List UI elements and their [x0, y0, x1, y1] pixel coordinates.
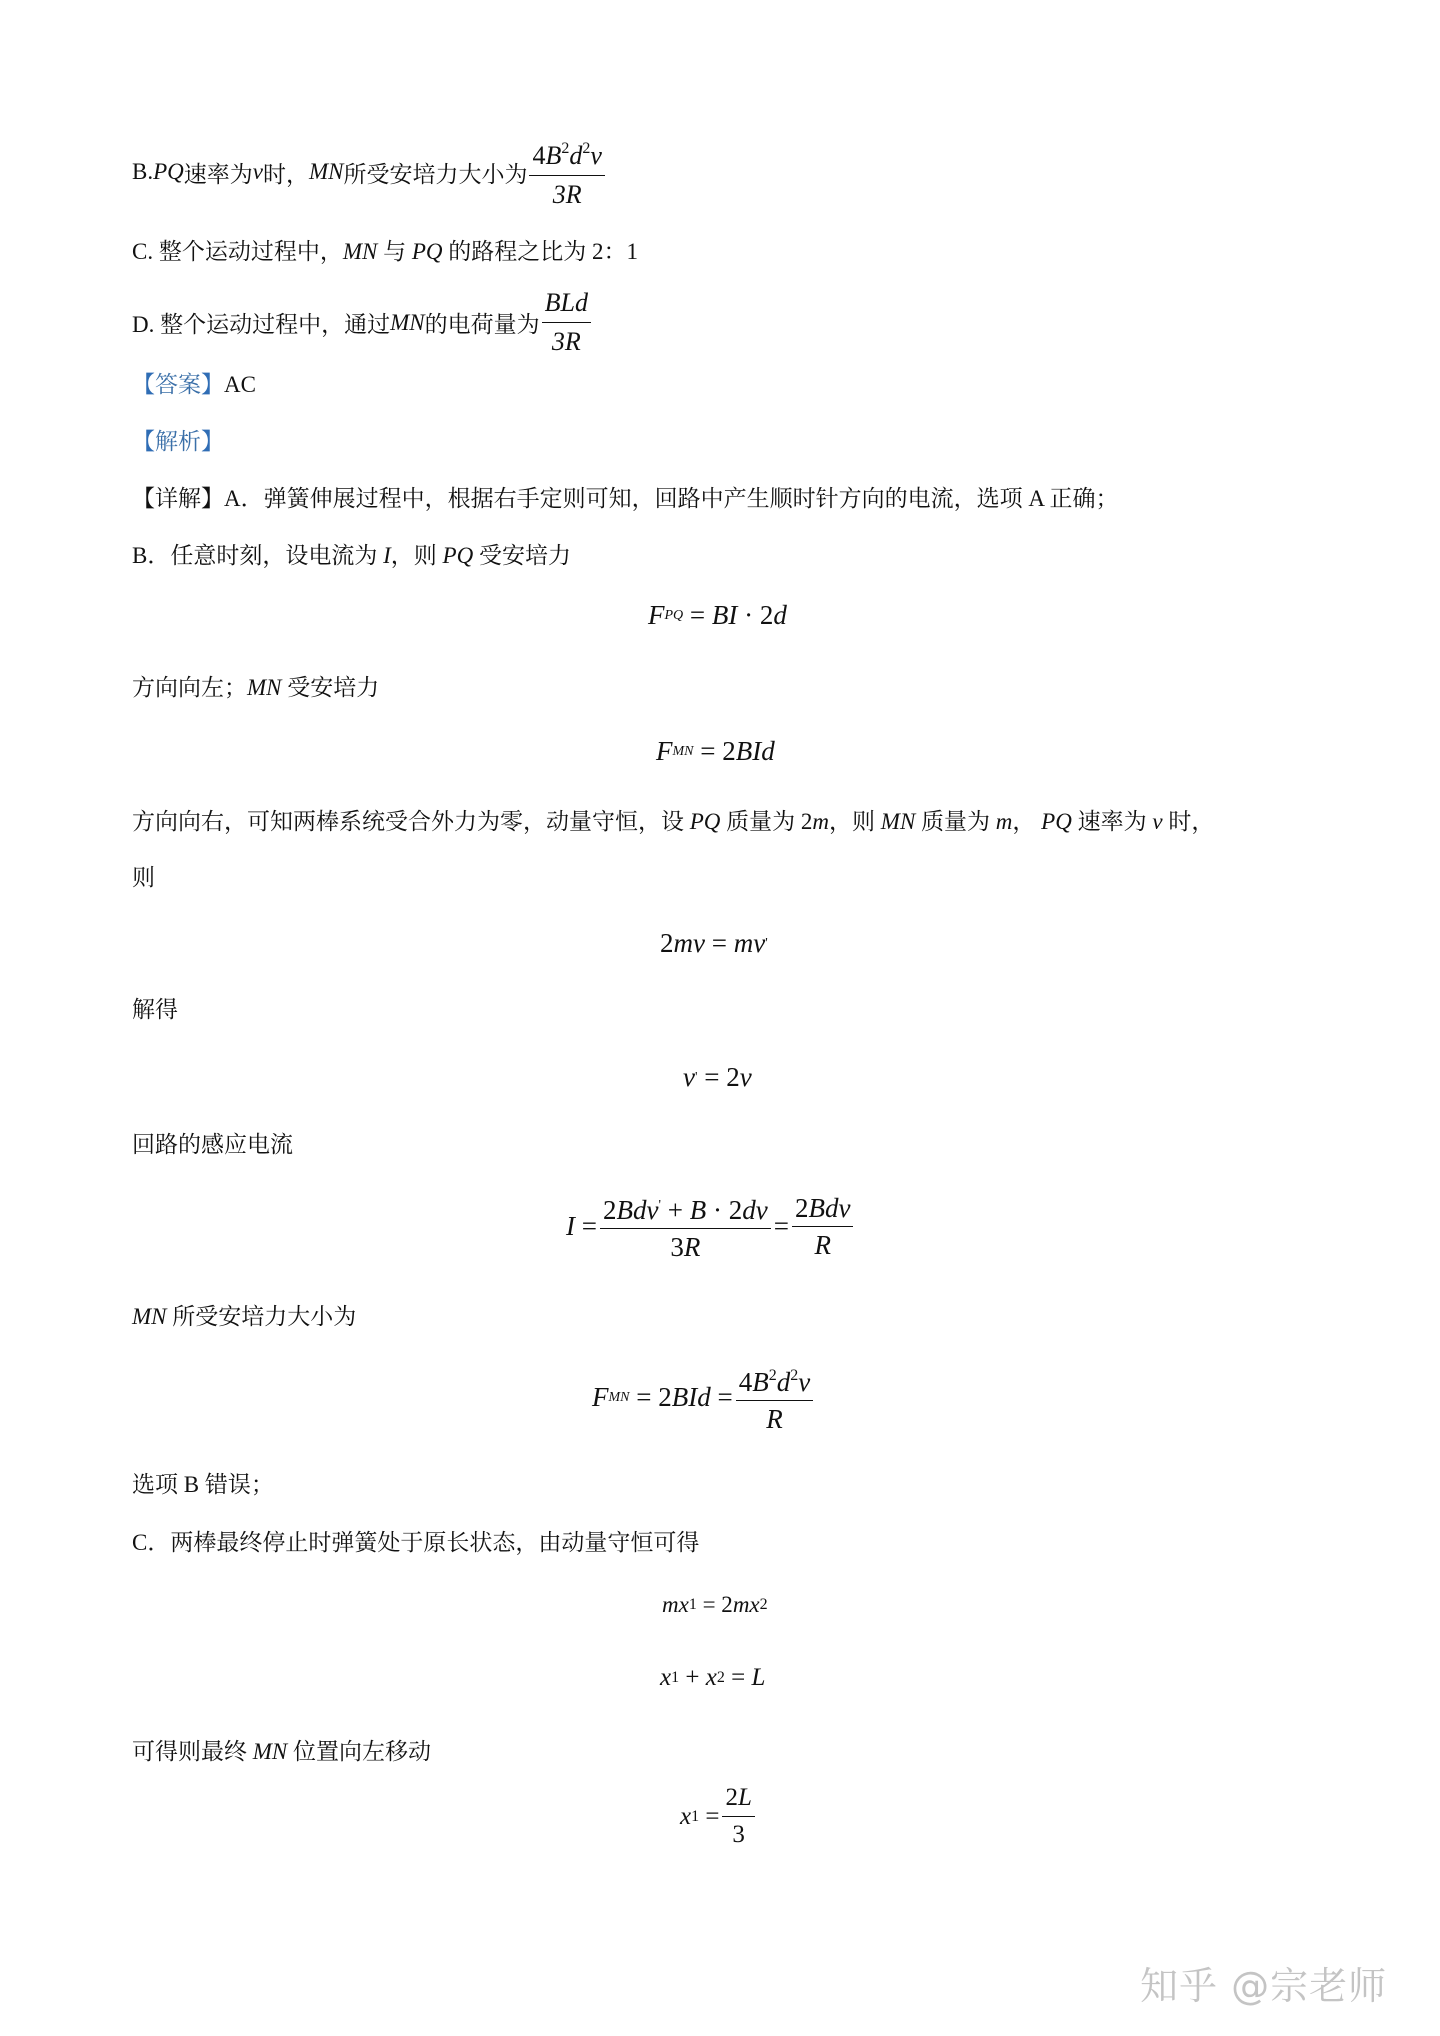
mn-symbol: MN: [132, 1304, 167, 1329]
answer-bracket-close: 】: [201, 372, 224, 397]
option-d-fraction: BLd 3R: [542, 286, 591, 359]
detail-text: 所受安培力大小为: [167, 1304, 357, 1329]
final-move-line: 可得则最终 MN 位置向左移动: [132, 1737, 431, 1767]
detail-text: 受安培力: [282, 675, 380, 700]
option-d: D. 整个运动过程中，通过 MN 的电荷量为 BLd 3R: [132, 286, 594, 359]
detail-label: 【详解】: [132, 486, 224, 511]
mn-symbol: MN: [247, 675, 282, 700]
detail-text: 受安培力: [473, 543, 571, 568]
detail-text: B．任意时刻，设电流为: [132, 543, 383, 568]
m-symbol: m: [996, 809, 1013, 834]
current-symbol: I: [383, 543, 391, 568]
option-c-prefix: C. 整个运动过程中，: [132, 239, 343, 264]
equation-vprime: v' = 2v: [683, 1062, 752, 1093]
option-d-prefix: D. 整个运动过程中，通过: [132, 306, 390, 339]
fraction-numerator: 4B2d2v: [529, 132, 604, 175]
detail-text: ，: [1012, 809, 1041, 834]
detail-a-text: A．弹簧伸展过程中，根据右手定则可知，回路中产生顺时针方向的电流，选项 A 正确…: [224, 486, 1118, 511]
mn-symbol: MN: [309, 159, 344, 185]
option-c-text: 的路程之比为 2：1: [443, 239, 639, 264]
answer-bracket-open: 【: [132, 372, 155, 397]
fraction-denominator: 3R: [542, 322, 591, 359]
mn-symbol: MN: [343, 239, 378, 264]
pq-symbol: PQ: [690, 809, 721, 834]
analysis-bracket-close: 】: [201, 429, 224, 454]
detail-text: ，则: [391, 543, 443, 568]
answer-line: 【答案】AC: [132, 370, 256, 400]
analysis-bracket-open: 【: [132, 429, 155, 454]
option-c: C. 整个运动过程中，MN 与 PQ 的路程之比为 2：1: [132, 237, 638, 267]
zhihu-watermark: 知乎 @宗老师: [1140, 1955, 1387, 2010]
detail-text: 可得则最终: [132, 1739, 253, 1764]
equation-current: I = 2Bdv' + B · 2dv 3R = 2Bdv R: [566, 1190, 856, 1263]
detail-text: 时，: [1163, 809, 1215, 834]
answer-label: 答案: [155, 372, 201, 397]
pq-symbol: PQ: [443, 543, 474, 568]
pq-symbol: PQ: [153, 159, 184, 185]
mn-symbol: MN: [253, 1739, 288, 1764]
equation-fmn: FMN = 2BId: [656, 736, 775, 767]
detail-c-line: C．两棒最终停止时弹簧处于原长状态，由动量守恒可得: [132, 1528, 699, 1558]
equation-fmn-full: FMN = 2BId = 4B2d2v R: [592, 1360, 816, 1435]
equation-momentum: 2mv = mv': [660, 928, 768, 959]
v-symbol: v: [253, 159, 263, 185]
direction-right-line: 方向向右，可知两棒系统受合外力为零，动量守恒，设 PQ 质量为 2m，则 MN …: [132, 807, 1214, 837]
detail-text: 位置向左移动: [287, 1739, 431, 1764]
detail-text: 质量为: [915, 809, 996, 834]
equation-x1: x1 = 2L 3: [680, 1782, 758, 1851]
detail-text: 质量为 2: [720, 809, 812, 834]
mn-symbol: MN: [390, 310, 425, 336]
solve-line: 解得: [132, 995, 178, 1025]
pq-symbol: PQ: [1041, 809, 1072, 834]
option-b-text: 所受安培力大小为: [343, 156, 527, 189]
mn-force-line: MN 所受安培力大小为: [132, 1302, 356, 1332]
option-d-text: 的电荷量为: [425, 306, 540, 339]
option-b-text: 时，: [263, 156, 309, 189]
direction-left-line: 方向向左；MN 受安培力: [132, 673, 379, 703]
detail-text: ，则: [829, 809, 881, 834]
detail-text: 方向向右，可知两棒系统受合外力为零，动量守恒，设: [132, 809, 690, 834]
induced-current-line: 回路的感应电流: [132, 1130, 293, 1160]
then-line: 则: [132, 863, 155, 893]
fraction-numerator: BLd: [542, 286, 591, 322]
detail-text: 方向向左；: [132, 675, 247, 700]
v-symbol: v: [1152, 809, 1162, 834]
option-b-prefix: B.: [132, 159, 153, 185]
detail-text: 速率为: [1072, 809, 1153, 834]
fraction-denominator: 3R: [529, 175, 604, 212]
detail-b-line: B．任意时刻，设电流为 I，则 PQ 受安培力: [132, 541, 571, 571]
option-b-text: 速率为: [184, 156, 253, 189]
m-symbol: m: [812, 809, 829, 834]
equation-fpq: FPQ = BI · 2d: [648, 600, 787, 631]
analysis-label: 解析: [155, 429, 201, 454]
equation-sum: x1 + x2 = L: [660, 1664, 765, 1692]
option-c-text: 与: [377, 239, 412, 264]
answer-value: AC: [224, 372, 256, 397]
detail-a-line: 【详解】A．弹簧伸展过程中，根据右手定则可知，回路中产生顺时针方向的电流，选项 …: [132, 484, 1118, 514]
option-b-fraction: 4B2d2v 3R: [529, 132, 604, 212]
pq-symbol: PQ: [412, 239, 443, 264]
equation-mass: mx1 = 2mx2: [662, 1592, 768, 1618]
b-wrong-line: 选项 B 错误；: [132, 1470, 274, 1500]
analysis-heading: 【解析】: [132, 427, 224, 457]
mn-symbol: MN: [881, 809, 916, 834]
option-b: B. PQ 速率为 v 时， MN 所受安培力大小为 4B2d2v 3R: [132, 132, 608, 212]
